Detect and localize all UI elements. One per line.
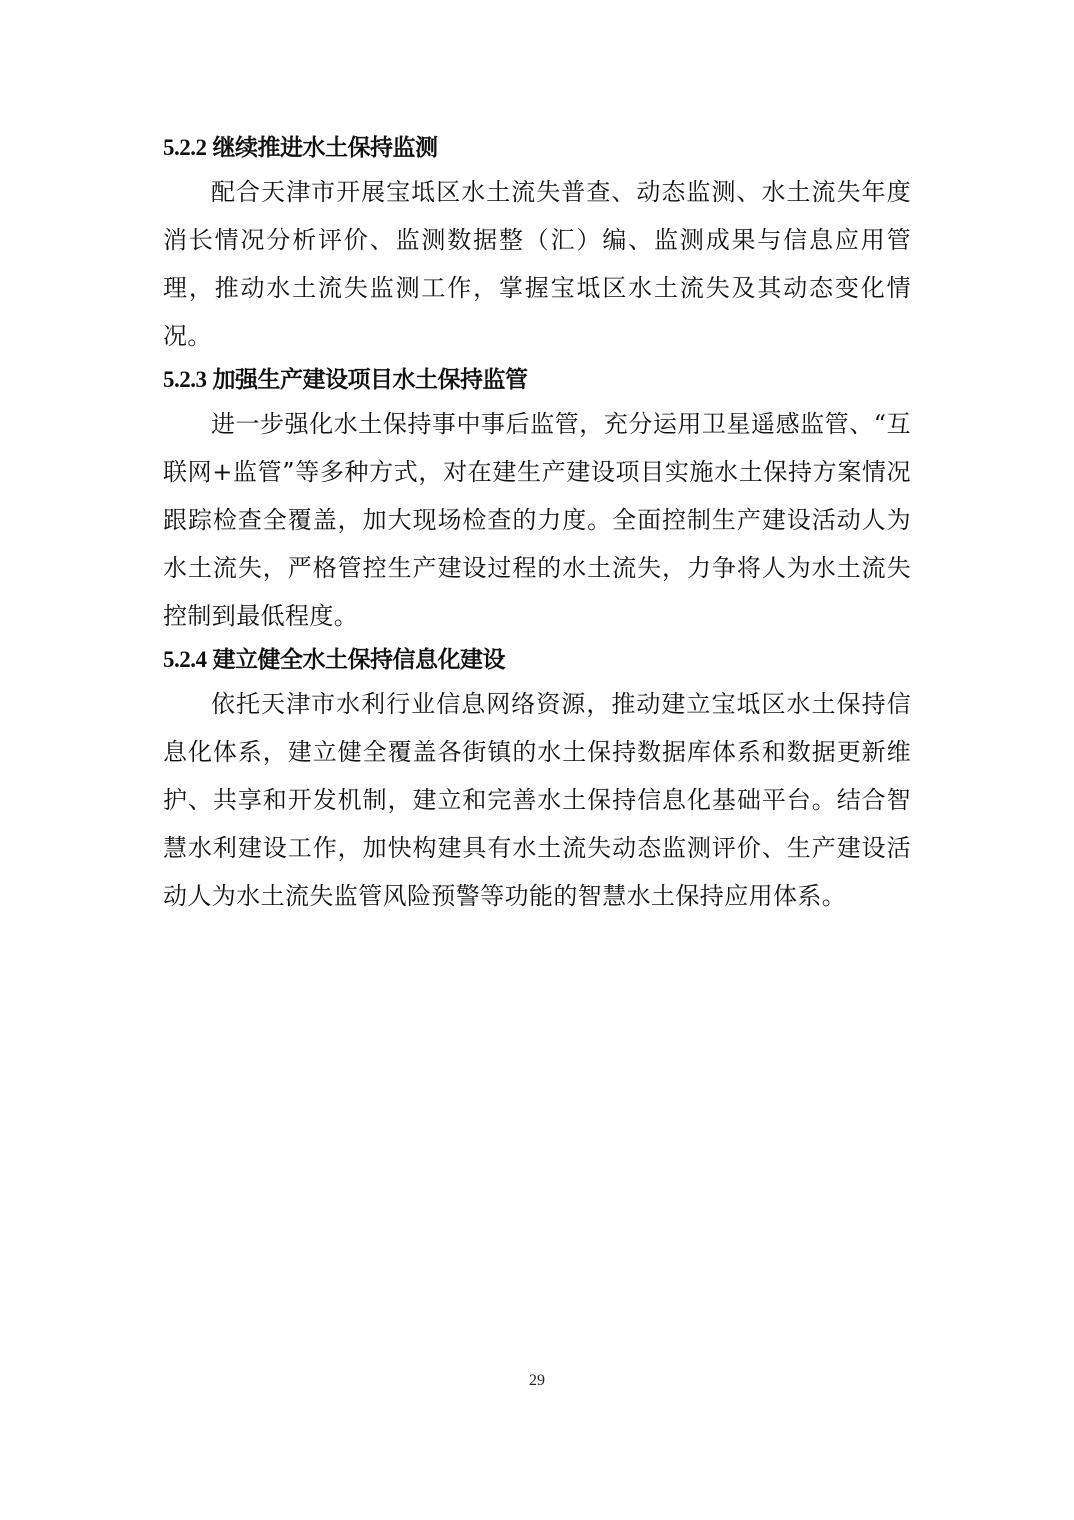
section-title: 建立健全水土保持信息化建设 — [213, 647, 506, 673]
page-number: 29 — [0, 1372, 1074, 1390]
section-heading: 5.2.2继续推进水土保持监测 — [163, 128, 911, 168]
section-paragraph: 进一步强化水土保持事中事后监管，充分运用卫星遥感监管、“互联网+监管”等多种方式… — [163, 400, 911, 640]
section-heading: 5.2.3加强生产建设项目水土保持监管 — [163, 360, 911, 400]
section-5-2-2: 5.2.2继续推进水土保持监测 配合天津市开展宝坻区水土流失普查、动态监测、水土… — [163, 128, 911, 360]
section-paragraph: 依托天津市水利行业信息网络资源，推动建立宝坻区水土保持信息化体系，建立健全覆盖各… — [163, 680, 911, 920]
section-number: 5.2.2 — [163, 135, 207, 160]
section-heading: 5.2.4建立健全水土保持信息化建设 — [163, 640, 911, 680]
section-5-2-4: 5.2.4建立健全水土保持信息化建设 依托天津市水利行业信息网络资源，推动建立宝… — [163, 640, 911, 920]
document-page: 5.2.2继续推进水土保持监测 配合天津市开展宝坻区水土流失普查、动态监测、水土… — [163, 128, 911, 920]
section-number: 5.2.4 — [163, 647, 207, 672]
section-5-2-3: 5.2.3加强生产建设项目水土保持监管 进一步强化水土保持事中事后监管，充分运用… — [163, 360, 911, 640]
section-title: 加强生产建设项目水土保持监管 — [213, 367, 528, 393]
section-number: 5.2.3 — [163, 367, 207, 392]
section-title: 继续推进水土保持监测 — [213, 135, 438, 161]
section-paragraph: 配合天津市开展宝坻区水土流失普查、动态监测、水土流失年度消长情况分析评价、监测数… — [163, 168, 911, 360]
